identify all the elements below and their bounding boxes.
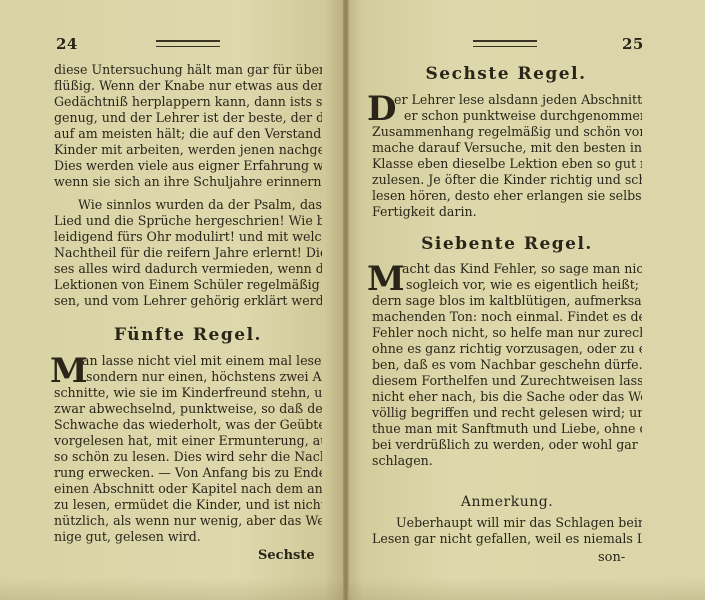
text-line: zwar abwechselnd, punktweise, so daß der [54, 401, 322, 417]
text-line: schlagen. [372, 453, 642, 469]
text-line: diese Untersuchung hält man gar für über… [54, 62, 322, 78]
text-line: Lied und die Sprüche hergeschrien! Wie b… [54, 213, 322, 229]
right-paragraph-3: Ueberhaupt will mir das Schlagen beim Le… [372, 515, 642, 547]
text-line: ben, daß es vom Nachbar geschehn dürfe. … [372, 357, 642, 373]
text-line: nicht eher nach, bis die Sache oder das … [372, 389, 642, 405]
catchword-left: Sechste [258, 548, 315, 563]
text-line: flüßig. Wenn der Knabe nur etwas aus dem [54, 78, 322, 94]
header-rule-right [473, 40, 537, 47]
subheading-anmerkung: Anmerkung. [372, 494, 642, 510]
heading-fuenfte-regel: Fünfte Regel. [54, 325, 322, 345]
text-line: er schon punktweise durchgenommen, im [372, 108, 642, 124]
text-line: sen, und vom Lehrer gehörig erklärt werd… [54, 293, 322, 309]
text-line: an lasse nicht viel mit einem mal lesen; [54, 353, 322, 369]
text-line: Lektionen von Einem Schüler regelmäßig g… [54, 277, 322, 293]
text-line: zu lesen, ermüdet die Kinder, und ist ni… [54, 497, 322, 513]
header-rule-left [156, 40, 220, 47]
book-gutter [343, 0, 349, 600]
text-line: so schön zu lesen. Dies wird sehr die Na… [54, 449, 322, 465]
text-line: diesem Forthelfen und Zurechtweisen lass… [372, 373, 642, 389]
text-line: vorgelesen hat, mit einer Ermunterung, a… [54, 433, 322, 449]
text-line: dern sage blos im kaltblütigen, aufmerks… [372, 293, 642, 309]
text-line: sogleich vor, wie es eigentlich heißt; s… [372, 277, 642, 293]
left-paragraph-3: an lasse nicht viel mit einem mal lesen;… [54, 353, 322, 545]
heading-siebente-regel: Siebente Regel. [372, 234, 642, 254]
text-line: Klasse eben dieselbe Lektion eben so gut… [372, 156, 642, 172]
text-line: Dies werden viele aus eigner Erfahrung w… [54, 158, 322, 174]
text-line: Fertigkeit darin. [372, 204, 642, 220]
text-line: er Lehrer lese alsdann jeden Abschnitt, … [372, 92, 642, 108]
text-line: acht das Kind Fehler, so sage man nicht [372, 261, 642, 277]
text-line: leidigend fürs Ohr modulirt! und mit wel… [54, 229, 322, 245]
text-line: lesen hören, desto eher erlangen sie sel… [372, 188, 642, 204]
text-line: machenden Ton: noch einmal. Findet es de… [372, 309, 642, 325]
page-number-left: 24 [56, 35, 78, 53]
text-line: Ueberhaupt will mir das Schlagen beim [372, 515, 642, 531]
text-line: Lesen gar nicht gefallen, weil es niemal… [372, 531, 642, 547]
text-line: genug, und der Lehrer ist der beste, der… [54, 110, 322, 126]
text-line: bei verdrüßlich zu werden, oder wohl gar… [372, 437, 642, 453]
text-line: auf am meisten hält; die auf den Verstan… [54, 126, 322, 142]
text-line: nützlich, als wenn nur wenig, aber das W… [54, 513, 322, 529]
text-line: völlig begriffen und recht gelesen wird;… [372, 405, 642, 421]
book-spread: 24 diese Untersuchung hält man gar für ü… [0, 0, 705, 600]
text-line: wenn sie sich an ihre Schuljahre erinner… [54, 174, 322, 190]
left-paragraph-2: Wie sinnlos wurden da der Psalm, das Lie… [54, 197, 322, 309]
text-line: rung erwecken. — Von Anfang bis zu Ende [54, 465, 322, 481]
left-paragraph-1: diese Untersuchung hält man gar für über… [54, 62, 322, 190]
text-line: thue man mit Sanftmuth und Liebe, ohne d… [372, 421, 642, 437]
heading-sechste-regel: Sechste Regel. [372, 64, 640, 84]
text-line: Gedächtniß herplappern kann, dann ists s… [54, 94, 322, 110]
right-page: 25 Sechste Regel. D er Lehrer lese alsda… [345, 0, 705, 600]
text-line: ses alles wird dadurch vermieden, wenn d… [54, 261, 322, 277]
text-line: nige gut, gelesen wird. [54, 529, 322, 545]
text-line: Fehler noch nicht, so helfe man nur zure… [372, 325, 642, 341]
text-line: schnitte, wie sie im Kinderfreund stehn,… [54, 385, 322, 401]
text-line: zulesen. Je öfter die Kinder richtig und… [372, 172, 642, 188]
text-line: Zusammenhang regelmäßig und schön vor, u… [372, 124, 642, 140]
text-line: sondern nur einen, höchstens zwei Ab- [54, 369, 322, 385]
left-page: 24 diese Untersuchung hält man gar für ü… [0, 0, 345, 600]
text-line: mache darauf Versuche, mit den besten in… [372, 140, 642, 156]
text-line: Wie sinnlos wurden da der Psalm, das [54, 197, 322, 213]
catchword-right: son- [598, 550, 625, 565]
right-paragraph-2: acht das Kind Fehler, so sage man nicht … [372, 261, 642, 469]
right-paragraph-1: er Lehrer lese alsdann jeden Abschnitt, … [372, 92, 642, 220]
text-line: einen Abschnitt oder Kapitel nach dem an… [54, 481, 322, 497]
text-line: ohne es ganz richtig vorzusagen, oder zu… [372, 341, 642, 357]
text-line: Nachtheil für die reifern Jahre erlernt!… [54, 245, 322, 261]
page-bottom-shadow [0, 578, 705, 600]
text-line: Kinder mit arbeiten, werden jenen nachge… [54, 142, 322, 158]
text-line: Schwache das wiederholt, was der Geübter… [54, 417, 322, 433]
page-number-right: 25 [622, 35, 644, 53]
